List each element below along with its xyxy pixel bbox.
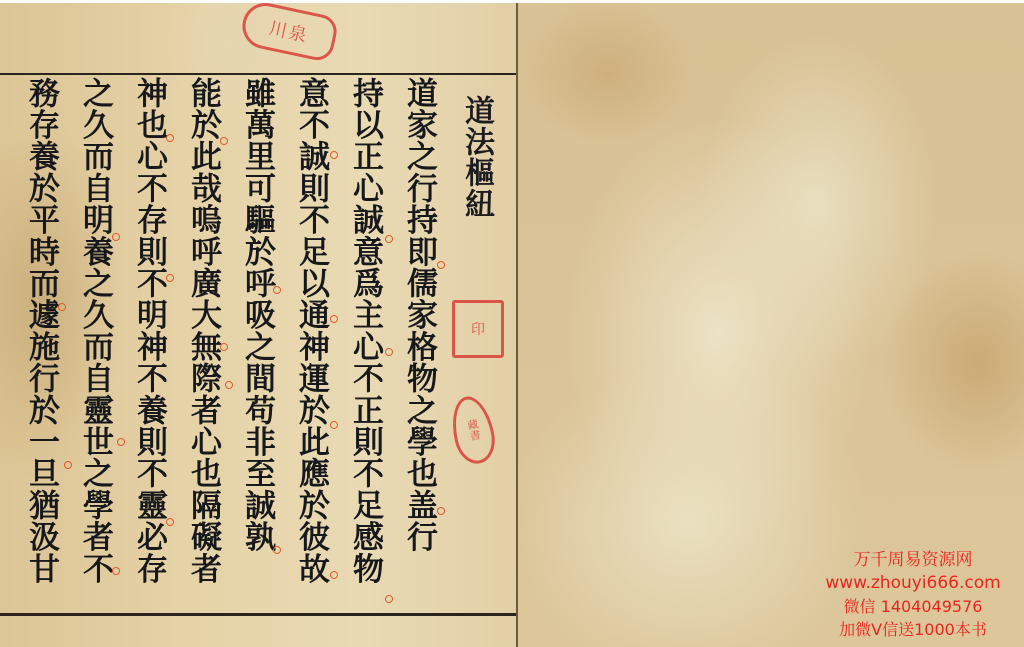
punctuation-mark [437, 261, 445, 269]
watermark-url: www.zhouyi666.com [806, 572, 1020, 595]
text-column-2: 持以正心誠意爲主心不正則不足感物 [340, 77, 390, 584]
text-column-8: 務存養於平時而遽施行於一旦猶汲甘 [16, 77, 66, 584]
square-seal-text: 印 [471, 319, 485, 339]
text-column-5: 能於此哉嗚呼廣大無際者心也隔礙者 [178, 77, 228, 584]
punctuation-mark [330, 151, 338, 159]
punctuation-mark [273, 286, 281, 294]
punctuation-mark [117, 438, 125, 446]
punctuation-mark [112, 233, 120, 241]
gourd-seal-icon: 川泉 [238, 0, 340, 63]
text-column-4: 雖萬里可驅於呼吸之間苟非至誠孰 [232, 77, 282, 553]
punctuation-mark [166, 518, 174, 526]
punctuation-mark [330, 315, 338, 323]
punctuation-mark [58, 303, 66, 311]
watermark-title: 万千周易资源网 [806, 549, 1020, 572]
punctuation-mark [166, 134, 174, 142]
page-title: 道法樞紐 [452, 95, 500, 219]
punctuation-mark [273, 546, 281, 554]
punctuation-mark [385, 595, 393, 603]
punctuation-mark [220, 137, 228, 145]
punctuation-mark [166, 274, 174, 282]
watermark-promo: 加微V信送1000本书 [806, 618, 1020, 641]
text-column-1: 道家之行持即儒家格物之學也盖行 [394, 77, 444, 553]
punctuation-mark [385, 348, 393, 356]
leaf-seal-icon: 藏書 [446, 393, 499, 468]
punctuation-mark [112, 567, 120, 575]
punctuation-mark [330, 571, 338, 579]
square-seal-icon: 印 [452, 300, 504, 358]
punctuation-mark [225, 381, 233, 389]
punctuation-mark [64, 461, 72, 469]
watermark: 万千周易资源网 www.zhouyi666.com 微信 1404049576 … [806, 549, 1020, 641]
gourd-seal-text: 川泉 [267, 14, 312, 48]
frame-top-rule [0, 73, 516, 75]
frame-bottom-rule [0, 613, 516, 616]
text-column-7: 之久而自明養之久而自靈世之學者不 [70, 77, 120, 584]
punctuation-mark [385, 235, 393, 243]
punctuation-mark [330, 421, 338, 429]
watermark-wechat: 微信 1404049576 [806, 595, 1020, 618]
text-column-6: 神也心不存則不明神不養則不靈必存 [124, 77, 174, 584]
punctuation-mark [437, 507, 445, 515]
left-page: 川泉 道法樞紐 印 藏書 道家之行持即儒家格物之學也盖行 持以正心誠意爲主心不正… [0, 3, 516, 647]
text-column-3: 意不誠則不足以通神運於此應於彼故 [286, 77, 336, 584]
leaf-seal-text: 藏書 [463, 418, 483, 443]
punctuation-mark [220, 343, 228, 351]
